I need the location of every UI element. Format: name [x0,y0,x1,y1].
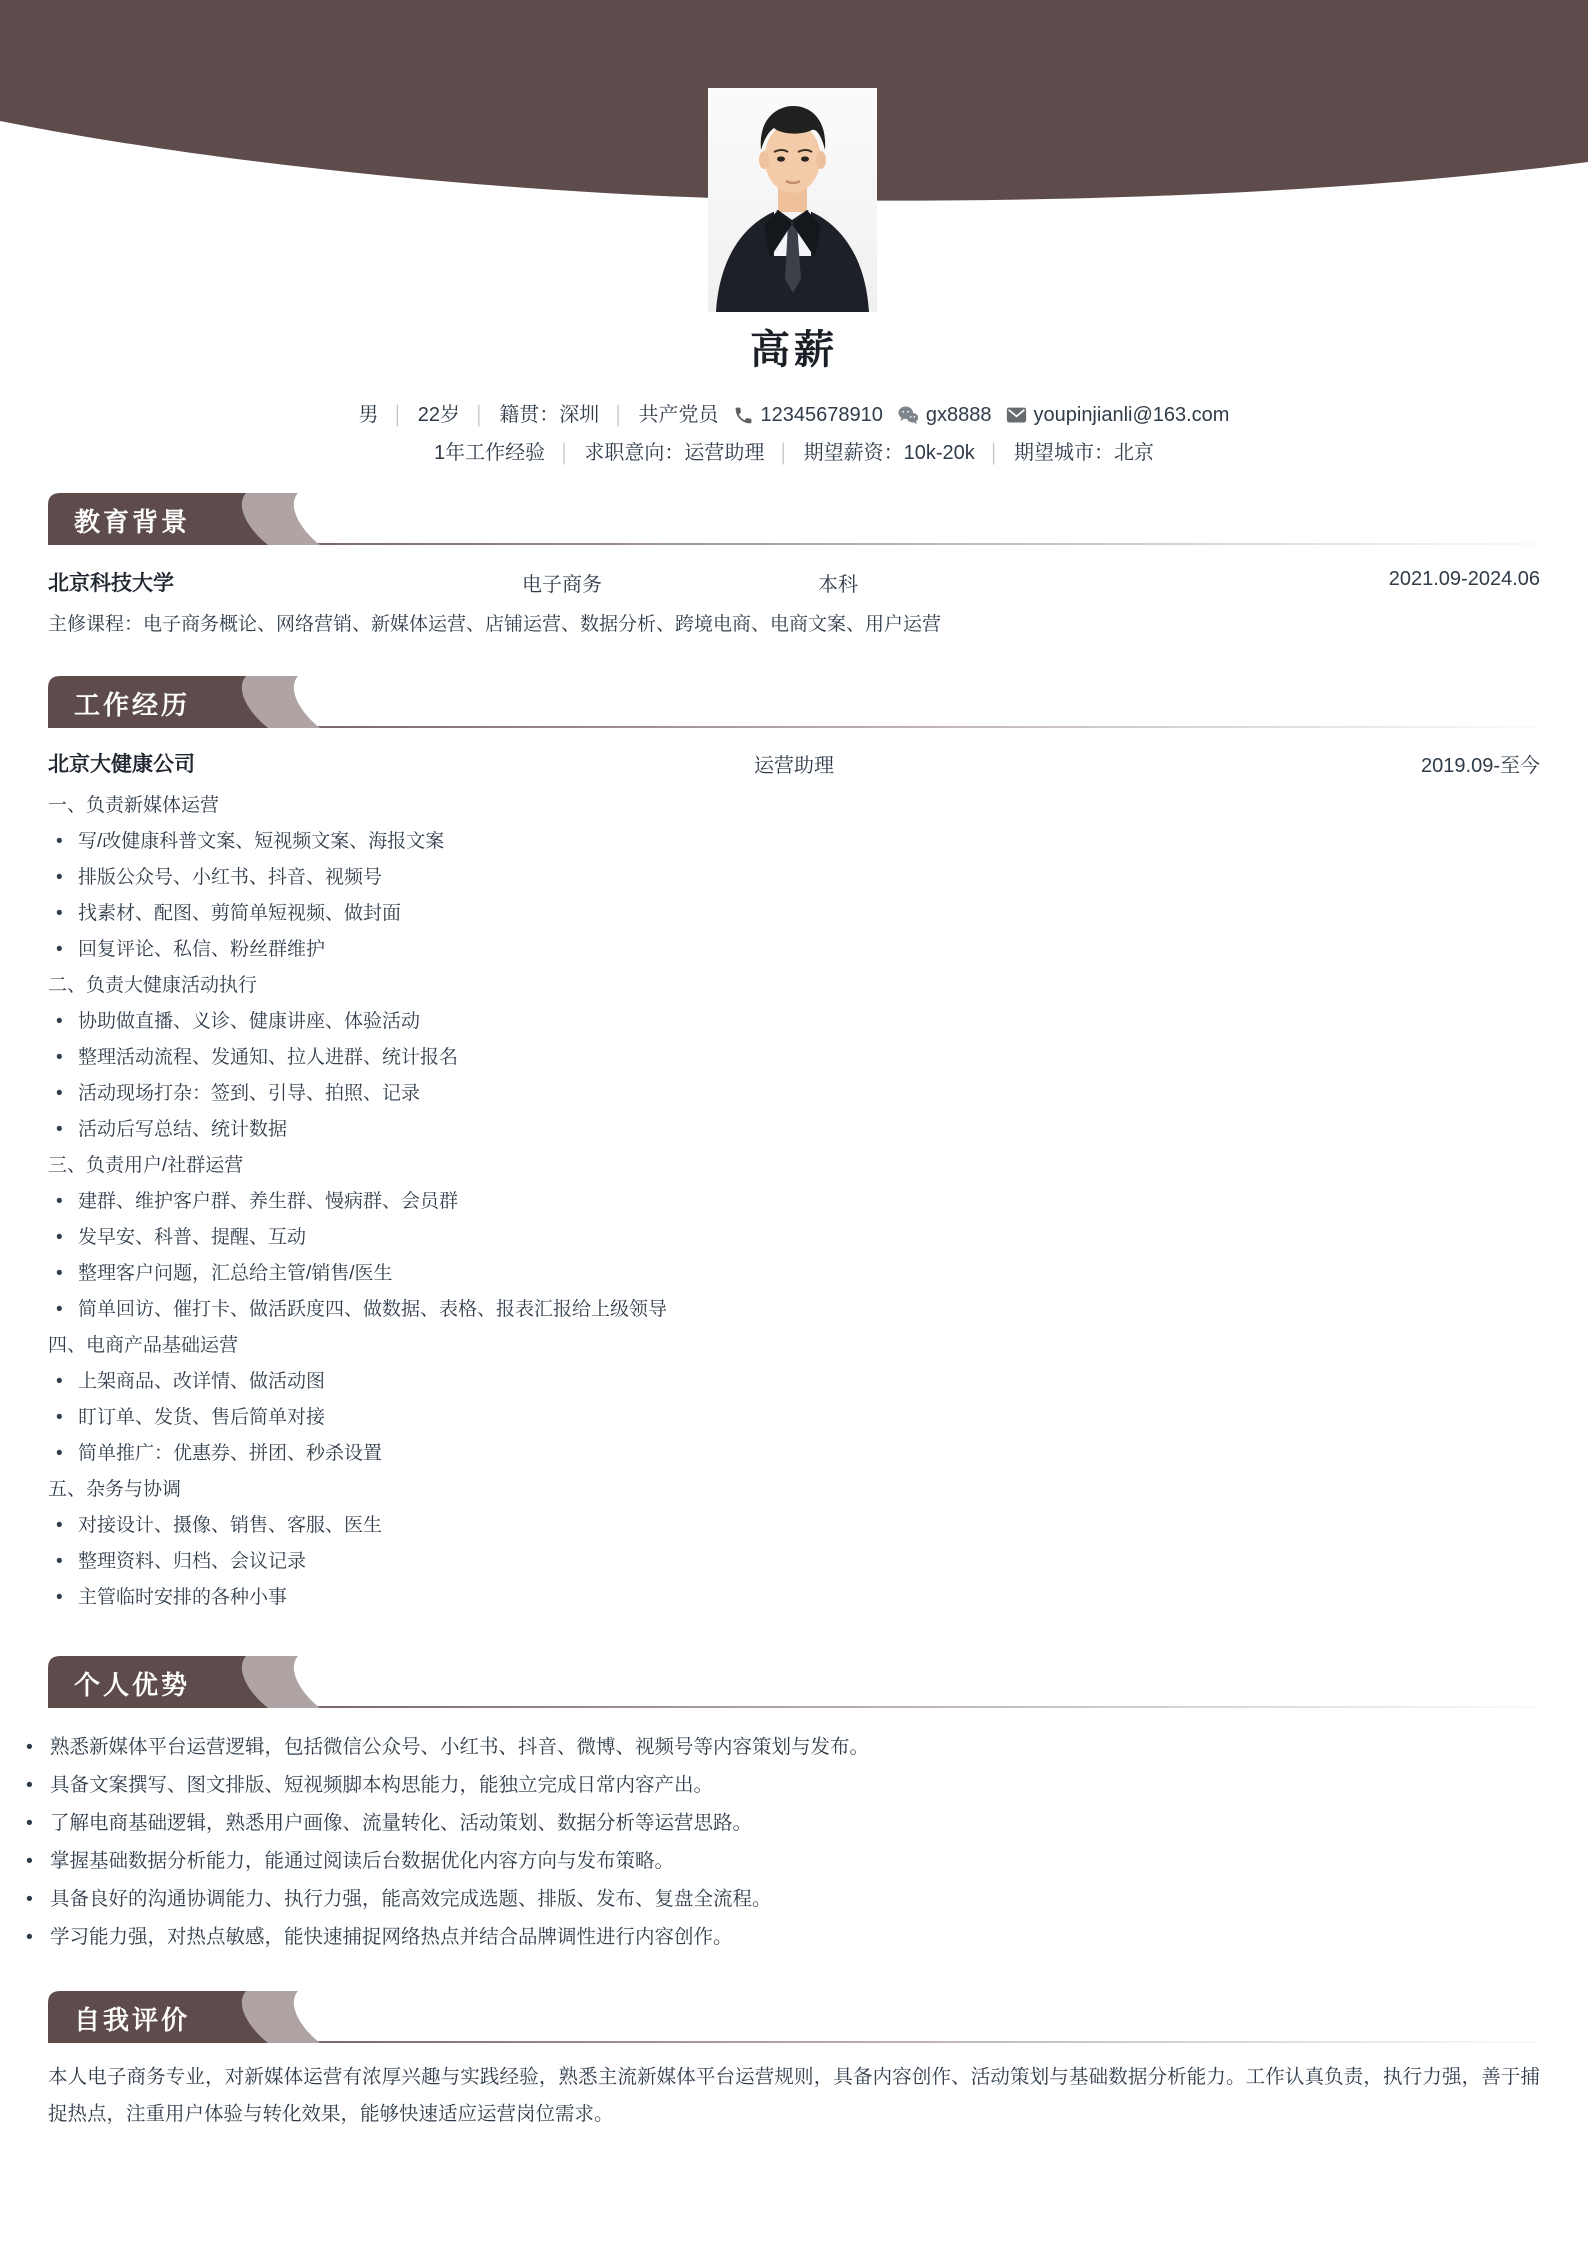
work-item: •写/改健康科普文案、短视频文案、海报文案 [48,824,1540,860]
bullet-icon: • [48,1292,78,1328]
phone-number: 12345678910 [761,400,883,430]
strengths-section: 个人优势 •熟悉新媒体平台运营逻辑，包括微信公众号、小红书、抖音、微博、视频号等… [48,1656,1540,1956]
work-item-text: 简单推广：优惠券、拼团、秒杀设置 [78,1436,1540,1472]
work-group-heading: 四、电商产品基础运营 [48,1328,1540,1364]
work-item-text: 回复评论、私信、粉丝群维护 [78,932,1540,968]
work-group-heading: 一、负责新媒体运营 [48,788,1540,824]
work-item-text: 写/改健康科普文案、短视频文案、海报文案 [78,824,1540,860]
section-title: 教育背景 [74,502,190,539]
work-item: •盯订单、发货、售后简单对接 [48,1400,1540,1436]
work-item-text: 整理客户问题，汇总给主管/销售/医生 [78,1256,1540,1292]
bullet-icon: • [26,1880,50,1918]
bullet-icon: • [48,1256,78,1292]
strength-item: •学习能力强，对热点敏感，能快速捕捉网络热点并结合品牌调性进行内容创作。 [26,1918,1540,1956]
email-address: youpinjianli@163.com [1034,400,1230,430]
work-item-text: 找素材、配图、剪简单短视频、做封面 [78,896,1540,932]
person-portrait [708,88,877,312]
bullet-icon: • [48,1004,78,1040]
education-section: 教育背景 北京科技大学 电子商务 本科 2021.09-2024.06 主修课程… [48,493,1540,639]
work-section-header: 工作经历 [48,676,1540,728]
work-item: •简单推广：优惠券、拼团、秒杀设置 [48,1436,1540,1472]
profile-photo [708,88,877,312]
separator: │ [613,400,624,430]
work-item: •简单回访、催打卡、做活跃度四、做数据、表格、报表汇报给上级领导 [48,1292,1540,1328]
section-title: 工作经历 [74,685,190,722]
bullet-icon: • [26,1728,50,1766]
bullet-icon: • [48,1040,78,1076]
section-title: 自我评价 [74,2000,190,2037]
work-item: •协助做直播、义诊、健康讲座、体验活动 [48,1004,1540,1040]
political-status: 共产党员 [639,400,719,430]
section-title: 个人优势 [74,1665,190,1702]
candidate-name: 高薪 [0,318,1588,375]
gender: 男 [359,400,379,430]
experience-years: 1年工作经验 [434,438,545,468]
phone-contact: 12345678910 [733,400,883,430]
work-item: •整理客户问题，汇总给主管/销售/医生 [48,1256,1540,1292]
bullet-icon: • [48,1112,78,1148]
strength-item-text: 熟悉新媒体平台运营逻辑，包括微信公众号、小红书、抖音、微博、视频号等内容策划与发… [50,1728,1540,1766]
strength-item: •具备文案撰写、图文排版、短视频脚本构思能力，能独立完成日常内容产出。 [26,1766,1540,1804]
strength-item-text: 学习能力强，对热点敏感，能快速捕捉网络热点并结合品牌调性进行内容创作。 [50,1918,1540,1956]
work-item: •活动后写总结、统计数据 [48,1112,1540,1148]
native-place: 籍贯：深圳 [499,400,599,430]
work-item-text: 简单回访、催打卡、做活跃度四、做数据、表格、报表汇报给上级领导 [78,1292,1540,1328]
wechat-contact: gx8888 [897,400,992,430]
separator: │ [393,400,404,430]
work-header-row: 北京大健康公司 运营助理 2019.09-至今 [48,748,1540,778]
separator: │ [989,438,1000,468]
bullet-icon: • [48,1184,78,1220]
bullet-icon: • [26,1804,50,1842]
bullet-icon: • [48,1400,78,1436]
intention-info-line: 1年工作经验 │ 求职意向：运营助理 │ 期望薪资：10k-20k │ 期望城市… [0,438,1588,468]
email-contact: youpinjianli@163.com [1006,400,1230,430]
school-name: 北京科技大学 [48,567,174,597]
resume-page: { "theme": { "accent": "#5E4B4B", "accen… [0,0,1588,2246]
bullet-icon: • [48,932,78,968]
work-item-text: 协助做直播、义诊、健康讲座、体验活动 [78,1004,1540,1040]
work-item: •主管临时安排的各种小事 [48,1580,1540,1616]
education-section-header: 教育背景 [48,493,1540,545]
strength-item-text: 具备良好的沟通协调能力、执行力强，能高效完成选题、排版、发布、复盘全流程。 [50,1880,1540,1918]
work-item-text: 上架商品、改详情、做活动图 [78,1364,1540,1400]
strength-item: •了解电商基础逻辑，熟悉用户画像、流量转化、活动策划、数据分析等运营思路。 [26,1804,1540,1842]
degree: 本科 [818,568,858,597]
work-group-heading: 五、杂务与协调 [48,1472,1540,1508]
bullet-icon: • [48,1220,78,1256]
evaluation-section-header: 自我评价 [48,1991,1540,2043]
major-courses: 主修课程：电子商务概论、网络营销、新媒体运营、店铺运营、数据分析、跨境电商、电商… [48,611,1540,639]
separator: │ [559,438,570,468]
work-group-heading: 三、负责用户/社群运营 [48,1148,1540,1184]
work-item: •排版公众号、小红书、抖音、视频号 [48,860,1540,896]
expected-salary: 期望薪资：10k-20k [804,438,975,468]
work-item: •建群、维护客户群、养生群、慢病群、会员群 [48,1184,1540,1220]
work-item-text: 对接设计、摄像、销售、客服、医生 [78,1508,1540,1544]
work-item: •活动现场打杂：签到、引导、拍照、记录 [48,1076,1540,1112]
work-section: 工作经历 北京大健康公司 运营助理 2019.09-至今 一、负责新媒体运营•写… [48,676,1540,1616]
work-item: •整理资料、归档、会议记录 [48,1544,1540,1580]
work-item-text: 主管临时安排的各种小事 [78,1580,1540,1616]
strength-item-text: 具备文案撰写、图文排版、短视频脚本构思能力，能独立完成日常内容产出。 [50,1766,1540,1804]
bullet-icon: • [26,1918,50,1956]
separator: │ [778,438,789,468]
work-item-text: 盯订单、发货、售后简单对接 [78,1400,1540,1436]
separator: │ [474,400,485,430]
work-item-text: 发早安、科普、提醒、互动 [78,1220,1540,1256]
basic-info-line: 男 │ 22岁 │ 籍贯：深圳 │ 共产党员 12345678910 gx888… [0,400,1588,430]
work-item-text: 整理资料、归档、会议记录 [78,1544,1540,1580]
strength-item: •掌握基础数据分析能力，能通过阅读后台数据优化内容方向与发布策略。 [26,1842,1540,1880]
work-item: •对接设计、摄像、销售、客服、医生 [48,1508,1540,1544]
work-item: •找素材、配图、剪简单短视频、做封面 [48,896,1540,932]
major: 电子商务 [522,568,602,597]
wechat-id: gx8888 [926,400,992,430]
wechat-icon [897,405,919,425]
expected-city: 期望城市：北京 [1014,438,1154,468]
evaluation-section: 自我评价 本人电子商务专业，对新媒体运营有浓厚兴趣与实践经验，熟悉主流新媒体平台… [48,1991,1540,2133]
work-item-text: 活动后写总结、统计数据 [78,1112,1540,1148]
work-item-text: 活动现场打杂：签到、引导、拍照、记录 [78,1076,1540,1112]
work-item: •整理活动流程、发通知、拉人进群、统计报名 [48,1040,1540,1076]
self-evaluation-text: 本人电子商务专业，对新媒体运营有浓厚兴趣与实践经验，熟悉主流新媒体平台运营规则，… [48,2059,1540,2133]
strength-item: •熟悉新媒体平台运营逻辑，包括微信公众号、小红书、抖音、微博、视频号等内容策划与… [26,1728,1540,1766]
work-period: 2019.09-至今 [1421,749,1540,778]
work-item-text: 建群、维护客户群、养生群、慢病群、会员群 [78,1184,1540,1220]
bullet-icon: • [48,1544,78,1580]
strengths-section-header: 个人优势 [48,1656,1540,1708]
work-item: •发早安、科普、提醒、互动 [48,1220,1540,1256]
job-intention: 求职意向：运营助理 [584,438,764,468]
work-item-text: 排版公众号、小红书、抖音、视频号 [78,860,1540,896]
work-item: •上架商品、改详情、做活动图 [48,1364,1540,1400]
bullet-icon: • [48,1364,78,1400]
work-group-heading: 二、负责大健康活动执行 [48,968,1540,1004]
education-row: 北京科技大学 电子商务 本科 2021.09-2024.06 [48,567,1540,597]
bullet-icon: • [48,1436,78,1472]
strength-item-text: 掌握基础数据分析能力，能通过阅读后台数据优化内容方向与发布策略。 [50,1842,1540,1880]
mail-icon [1006,406,1027,424]
bullet-icon: • [26,1766,50,1804]
bullet-icon: • [48,824,78,860]
bullet-icon: • [48,1076,78,1112]
bullet-icon: • [48,1508,78,1544]
education-period: 2021.09-2024.06 [1389,568,1540,591]
bullet-icon: • [48,896,78,932]
age: 22岁 [418,400,460,430]
strength-item: •具备良好的沟通协调能力、执行力强，能高效完成选题、排版、发布、复盘全流程。 [26,1880,1540,1918]
job-title: 运营助理 [48,749,1540,778]
work-item-text: 整理活动流程、发通知、拉人进群、统计报名 [78,1040,1540,1076]
phone-icon [733,405,754,426]
bullet-icon: • [48,1580,78,1616]
work-item: •回复评论、私信、粉丝群维护 [48,932,1540,968]
work-detail-list: 一、负责新媒体运营•写/改健康科普文案、短视频文案、海报文案•排版公众号、小红书… [48,788,1540,1616]
strengths-list: •熟悉新媒体平台运营逻辑，包括微信公众号、小红书、抖音、微博、视频号等内容策划与… [26,1728,1540,1956]
strength-item-text: 了解电商基础逻辑，熟悉用户画像、流量转化、活动策划、数据分析等运营思路。 [50,1804,1540,1842]
bullet-icon: • [48,860,78,896]
bullet-icon: • [26,1842,50,1880]
